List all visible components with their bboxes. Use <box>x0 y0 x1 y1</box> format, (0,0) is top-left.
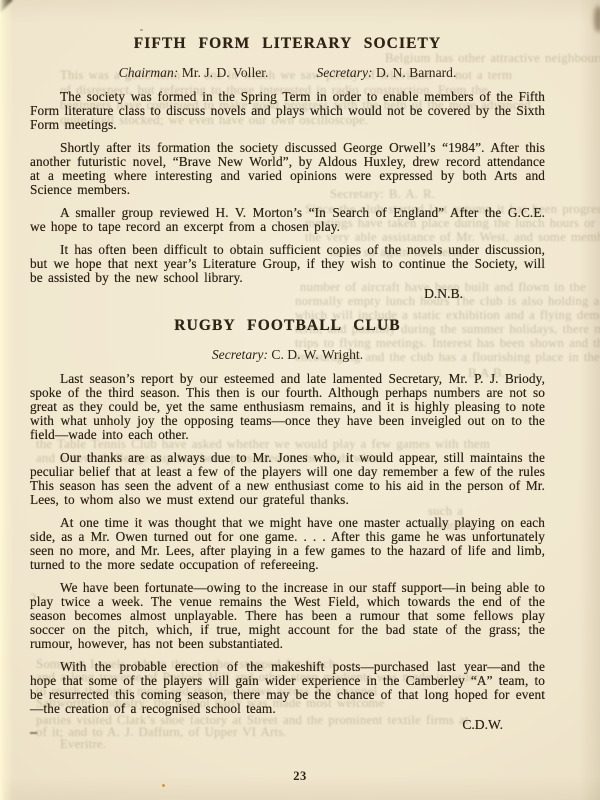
article-section: FIFTH FORM LITERARY SOCIETYChairman: Mr.… <box>30 34 545 302</box>
scan-speck <box>162 784 165 787</box>
officer-name: Mr. J. D. Voller. <box>178 65 268 80</box>
scan-speck <box>30 732 37 734</box>
body-paragraph: With the probable erection of the makesh… <box>30 660 545 716</box>
body-paragraph: Last season’s report by our esteemed and… <box>30 372 545 442</box>
page-number: 23 <box>0 769 600 784</box>
bleed-through-line: Everitre. <box>60 738 106 751</box>
signature-initials: D.N.B. <box>30 286 545 302</box>
body-paragraph: Our thanks are as always due to Mr. Jone… <box>30 451 545 507</box>
scan-edge-smudge <box>594 6 600 32</box>
officer-name: D. N. Barnard. <box>373 65 457 80</box>
signature-initials: C.D.W. <box>30 717 545 733</box>
officers-line: Secretary: C. D. W. Wright. <box>30 346 545 363</box>
body-paragraph: We have been fortunate—owing to the incr… <box>30 581 545 651</box>
officer: Secretary: C. D. W. Wright. <box>212 346 363 363</box>
section-title: RUGBY FOOTBALL CLUB <box>30 316 545 335</box>
officers-line: Chairman: Mr. J. D. Voller.Secretary: D.… <box>30 64 545 81</box>
scan-speck <box>140 29 143 31</box>
officer-role: Secretary: <box>212 347 268 362</box>
officer: Secretary: D. N. Barnard. <box>316 64 456 81</box>
body-paragraph: The society was formed in the Spring Ter… <box>30 90 545 132</box>
officer-role: Secretary: <box>316 65 372 80</box>
officer-name: C. D. W. Wright. <box>268 347 363 362</box>
officer-role: Chairman: <box>119 65 179 80</box>
officer: Chairman: Mr. J. D. Voller. <box>119 64 269 81</box>
article-section: RUGBY FOOTBALL CLUBSecretary: C. D. W. W… <box>30 316 545 733</box>
scanned-magazine-page: Belgium has other attractive neighbours,… <box>0 0 600 800</box>
body-paragraph: Shortly after its formation the society … <box>30 141 545 197</box>
body-paragraph: It has often been difficult to obtain su… <box>30 243 545 285</box>
body-paragraph: A smaller group reviewed H. V. Morton’s … <box>30 206 545 234</box>
body-paragraph: At one time it was thought that we might… <box>30 516 545 572</box>
section-title: FIFTH FORM LITERARY SOCIETY <box>30 34 545 53</box>
page-content: FIFTH FORM LITERARY SOCIETYChairman: Mr.… <box>30 34 545 733</box>
